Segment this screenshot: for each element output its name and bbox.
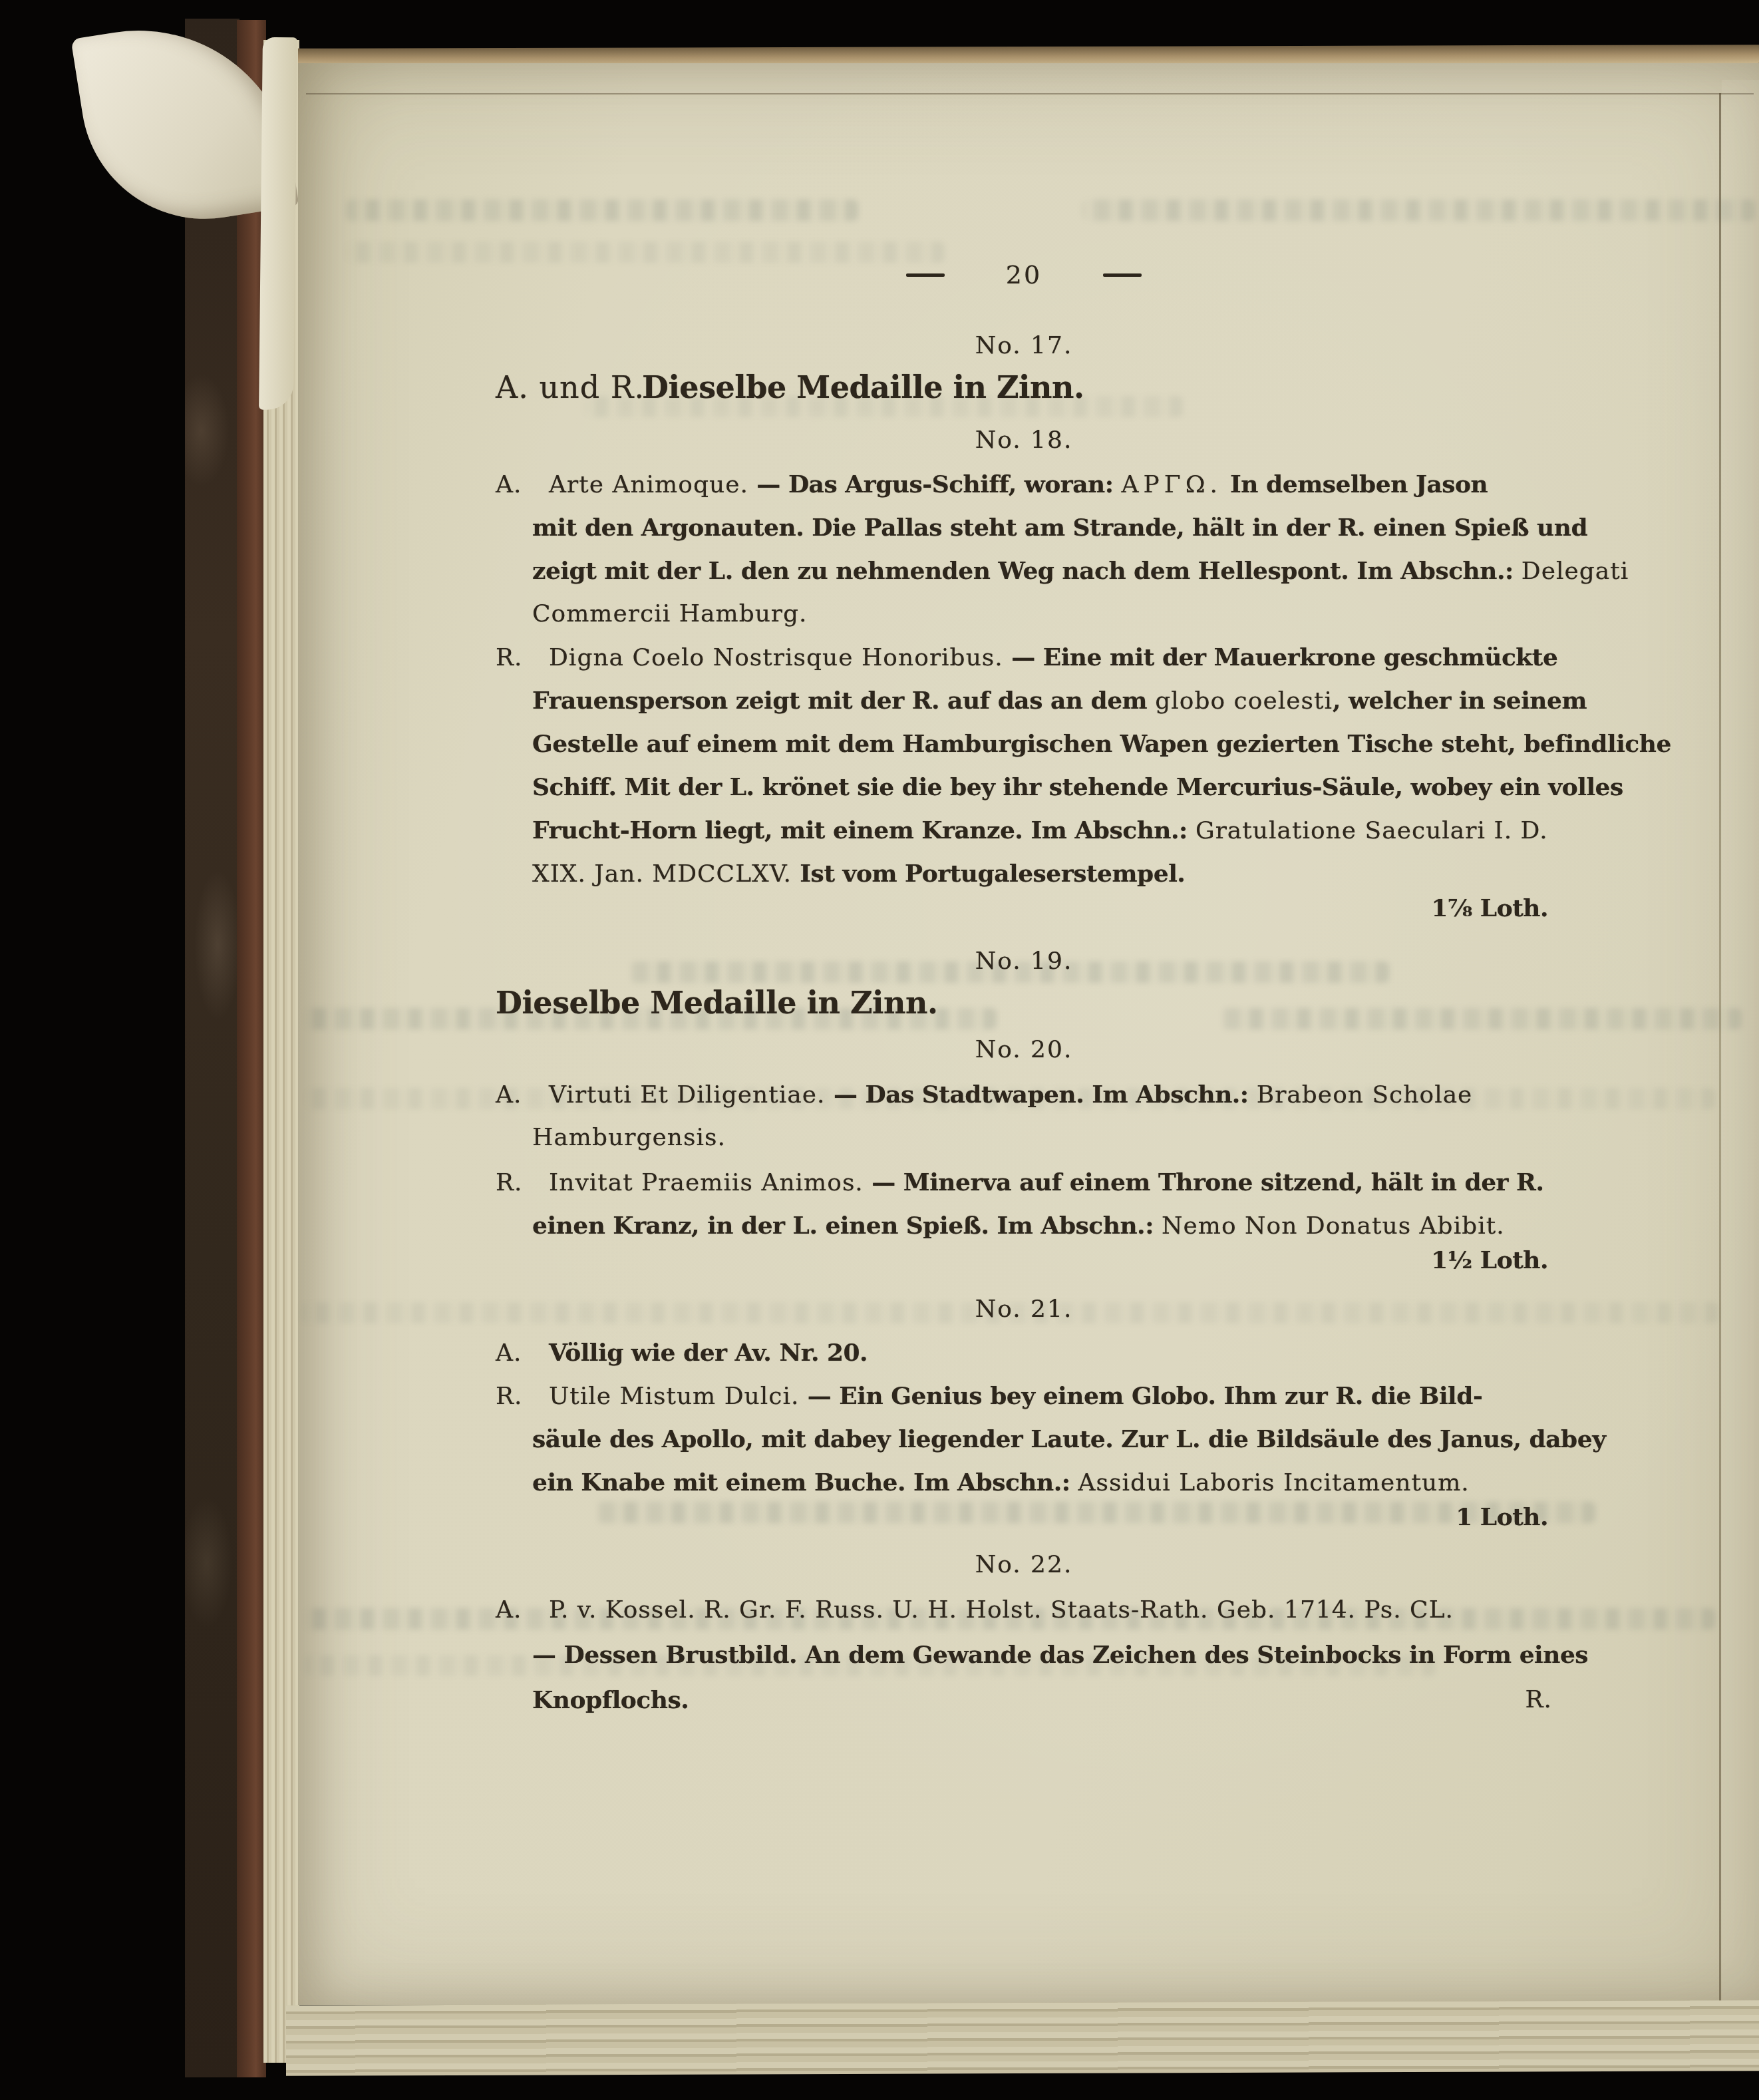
bottom-page-stack: [286, 2000, 1759, 2076]
entry-no20-av-line: A.Virtuti Et Diligentiae. — Das Stadtwap…: [496, 1078, 1552, 1118]
entry-no18-av-line: mit den Argonauten. Die Pallas steht am …: [496, 511, 1552, 551]
side-label-rv: R.: [496, 641, 549, 675]
weight-note-no20: 1½ Loth.: [496, 1244, 1552, 1284]
entry-text: Völlig wie der Av. Nr. 20.: [549, 1339, 868, 1367]
entry-text: Dieselbe Medaille in Zinn.: [642, 369, 1084, 405]
entry-text: Virtuti Et Diligentiae. — Das Stadtwapen…: [549, 1081, 1472, 1109]
entry-no21-rv-line: säule des Apollo, mit dabey liegender La…: [496, 1423, 1552, 1463]
weight-note-no18: 1⅞ Loth.: [496, 892, 1552, 932]
entry-no20-av-line: Hamburgensis.: [496, 1121, 1552, 1161]
entry-text: Digna Coelo Nostrisque Honoribus. — Eine…: [549, 644, 1557, 671]
entry-no18-rv-line: Frucht-Horn liegt, mit einem Kranze. Im …: [496, 814, 1552, 854]
entry-heading-no18: No. 18.: [496, 424, 1552, 464]
next-page-edge: [1722, 80, 1759, 2003]
entry-heading-no22: No. 22.: [496, 1548, 1552, 1588]
side-label-rv: R.: [496, 1166, 549, 1200]
entry-no22-av-line: — Dessen Brustbild. An dem Gewande das Z…: [496, 1638, 1552, 1678]
side-label-av-rv: A. und R.: [496, 368, 642, 407]
entry-no18-rv-line: Schiff. Mit der L. krönet sie die bey ih…: [496, 771, 1552, 810]
weight-note-no21: 1 Loth.: [496, 1500, 1552, 1540]
entry-text: Knopflochs.: [532, 1683, 689, 1723]
side-label-av: A.: [496, 1594, 549, 1627]
page-top-hairline: [306, 93, 1754, 94]
entry-no21-av-line: A.Völlig wie der Av. Nr. 20.: [496, 1336, 1552, 1376]
entry-heading-no17: No. 17.: [496, 329, 1552, 369]
entry-text: P. v. Kossel. R. Gr. F. Russ. U. H. Hols…: [549, 1596, 1454, 1624]
entry-no17-line: A. und R.Dieselbe Medaille in Zinn.: [496, 368, 1552, 408]
entry-no18-rv-line: XIX. Jan. MDCCLXV. Ist vom Portugalesers…: [496, 857, 1552, 897]
entry-heading-no20: No. 20.: [496, 1033, 1552, 1073]
entry-no20-rv-line: R.Invitat Praemiis Animos. — Minerva auf…: [496, 1166, 1552, 1206]
entry-text: Invitat Praemiis Animos. — Minerva auf e…: [549, 1169, 1544, 1196]
entry-no22-av-line: Knopflochs. R.: [496, 1683, 1552, 1723]
entry-text: Utile Mistum Dulci. — Ein Genius bey ein…: [549, 1383, 1482, 1410]
entry-no18-rv-line: Gestelle auf einem mit dem Hamburgischen…: [496, 727, 1552, 767]
side-label-av: A.: [496, 1079, 549, 1112]
side-label-av: A.: [496, 468, 549, 502]
entry-no18-av-line: A.Arte Animoque. — Das Argus-Schiff, wor…: [496, 468, 1552, 508]
page-number: 20: [1006, 258, 1042, 291]
entry-text: Arte Animoque. — Das Argus-Schiff, woran…: [549, 471, 1488, 498]
book-page: 20 No. 17. A. und R.Dieselbe Medaille in…: [298, 63, 1759, 2005]
entry-no19-line: Dieselbe Medaille in Zinn.: [496, 983, 1552, 1023]
curled-page-sliver: [259, 37, 297, 411]
entry-no21-rv-line: R.Utile Mistum Dulci. — Ein Genius bey e…: [496, 1379, 1552, 1419]
bleedthrough-text: [1083, 200, 1755, 221]
entry-no22-av-line: A.P. v. Kossel. R. Gr. F. Russ. U. H. Ho…: [496, 1594, 1552, 1634]
book-scan-photo: 20 No. 17. A. und R.Dieselbe Medaille in…: [0, 0, 1759, 2100]
entry-heading-no21: No. 21.: [496, 1293, 1552, 1333]
catchword: R.: [1525, 1683, 1552, 1723]
entry-heading-no19: No. 19.: [496, 945, 1552, 985]
entry-no21-rv-line: ein Knabe mit einem Buche. Im Abschn.: A…: [496, 1466, 1552, 1506]
page-number-rule-left: [906, 273, 945, 277]
entry-no18-av-line: zeigt mit der L. den zu nehmenden Weg na…: [496, 554, 1552, 594]
entry-no20-rv-line: einen Kranz, in der L. einen Spieß. Im A…: [496, 1209, 1552, 1249]
entry-no18-rv-line: R.Digna Coelo Nostrisque Honoribus. — Ei…: [496, 641, 1552, 681]
side-label-rv: R.: [496, 1380, 549, 1413]
running-head: 20: [496, 255, 1552, 295]
entry-no18-rv-line: Frauensperson zeigt mit der R. auf das a…: [496, 684, 1552, 724]
entry-no18-av-line: Commercii Hamburg.: [496, 598, 1552, 637]
bleedthrough-text: [346, 200, 858, 221]
page-fold-line: [1719, 93, 1721, 2004]
page-number-rule-right: [1103, 273, 1142, 277]
side-label-av: A.: [496, 1337, 549, 1370]
book-cover-edge: [185, 19, 240, 2077]
